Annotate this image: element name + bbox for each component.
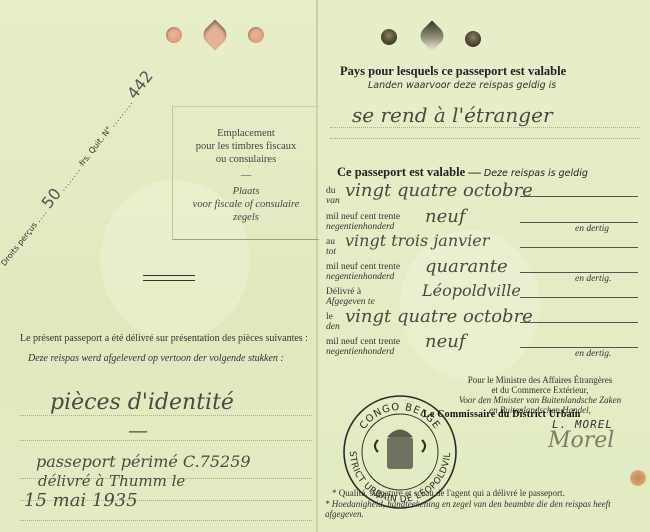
presentation-text-fr: Le présent passeport a été délivré sur p… (20, 333, 312, 344)
validity-row-value: vingt trois janvier (345, 231, 489, 250)
en-dertig-suffix: en dertig (575, 224, 609, 234)
stamp-box-fr-1: Emplacement (173, 127, 319, 140)
fill-line (520, 347, 638, 348)
label-fr: mil neuf cent trente (326, 212, 400, 222)
label-fr: Délivré à (326, 287, 375, 297)
authority-fr-2: et du Commerce Extérieur, (440, 385, 640, 395)
punch-hole-icon (381, 29, 397, 45)
handwritten-documents-line1: pièces d'identité (50, 390, 234, 415)
label-fr: le (326, 312, 340, 322)
svg-text:CONGO BELGE: CONGO BELGE (358, 402, 442, 432)
validity-title-fr: Ce passeport est valable (337, 165, 465, 179)
stamp-box-nl-3: zegels (173, 211, 319, 224)
fill-line (520, 322, 638, 323)
punch-hole-icon (166, 27, 182, 43)
stamp-box-separator: — (173, 169, 319, 182)
dotted-rule (20, 440, 312, 441)
dotted-rule (20, 520, 312, 521)
handwritten-documents-line4: 15 mai 1935 (24, 490, 138, 511)
label-fr: mil neuf cent trente (326, 262, 400, 272)
countries-value: se rend à l'étranger (352, 103, 553, 127)
validity-row-value: vingt quatre octobre (345, 180, 533, 201)
fill-line (520, 247, 638, 248)
footnote-fr: * Qualité, signature et sceau de l'agent… (332, 488, 565, 498)
double-rule-divider (143, 275, 195, 281)
page-spine (316, 0, 318, 532)
punch-hole-icon (465, 31, 481, 47)
stamp-box-fr-2: pour les timbres fiscaux (173, 140, 319, 153)
validity-row-value: vingt quatre octobre (345, 306, 533, 327)
dotted-rule (330, 127, 640, 128)
authority-fr-1: Pour le Ministre des Affaires Étrangères (440, 375, 640, 385)
label-fr: au (326, 237, 336, 247)
validity-row-label: duvan (326, 186, 340, 206)
validity-row-value: neuf (425, 331, 466, 352)
validity-dash: — (468, 165, 481, 179)
fiscal-stamp-area: Emplacement pour les timbres fiscaux ou … (172, 106, 319, 240)
label-fr: mil neuf cent trente (326, 337, 400, 347)
validity-row-label: leden (326, 312, 340, 332)
validity-row-label: autot (326, 237, 336, 257)
validity-row-label: Délivré àAfgegeven te (326, 287, 375, 307)
validity-row-label: mil neuf cent trentenegentienhonderd (326, 212, 400, 232)
punch-hole-icon (248, 27, 264, 43)
validity-row-value: neuf (425, 206, 466, 227)
handwritten-documents-line3: délivré à Thumm le (38, 472, 185, 490)
signature: Morel (548, 428, 614, 453)
en-dertig-suffix: en dertig. (575, 349, 611, 359)
validity-row-value: Léopoldville (422, 281, 521, 300)
countries-title-nl: Landen waarvoor deze reispas geldig is (368, 80, 556, 91)
handwritten-separator: — (128, 418, 148, 442)
fill-line (520, 297, 638, 298)
validity-title-nl: Deze reispas is geldig (484, 168, 588, 179)
stamp-box-nl-1: Plaats (173, 185, 319, 198)
label-nl: tot (326, 247, 336, 257)
label-nl: van (326, 196, 340, 206)
authority-nl-1: Voor den Minister van Buitenlandsche Zak… (440, 395, 640, 405)
validity-row-label: mil neuf cent trentenegentienhonderd (326, 262, 400, 282)
countries-title-fr: Pays pour lesquels ce passeport est vala… (340, 64, 566, 79)
fill-line (520, 196, 638, 197)
label-nl: negentienhonderd (326, 272, 400, 282)
paper-stain (630, 470, 646, 486)
validity-row-label: mil neuf cent trentenegentienhonderd (326, 337, 400, 357)
dotted-rule (20, 415, 312, 416)
label-fr: du (326, 186, 340, 196)
presentation-text-nl: Deze reispas werd afgeleverd op vertoon … (28, 353, 318, 364)
footnote-nl-text: * Hoedanigheid, handteekening en zegel v… (325, 499, 611, 519)
footnote-nl: * Hoedanigheid, handteekening en zegel v… (325, 499, 625, 519)
stamp-box-nl-2: voor fiscale of consulaire (173, 198, 319, 211)
dotted-rule (330, 138, 640, 139)
watermark-emblem-right (400, 230, 540, 380)
label-nl: negentienhonderd (326, 347, 400, 357)
validity-row-value: quarante (425, 256, 508, 277)
handwritten-documents-line2: passeport périmé C.75259 (36, 452, 251, 471)
fill-line (520, 222, 638, 223)
fill-line (520, 272, 638, 273)
validity-title: Ce passeport est valable — Deze reispas … (337, 165, 588, 180)
label-nl: den (326, 322, 340, 332)
stamp-box-fr-3: ou consulaires (173, 153, 319, 166)
en-dertig-suffix: en dertig. (575, 274, 611, 284)
